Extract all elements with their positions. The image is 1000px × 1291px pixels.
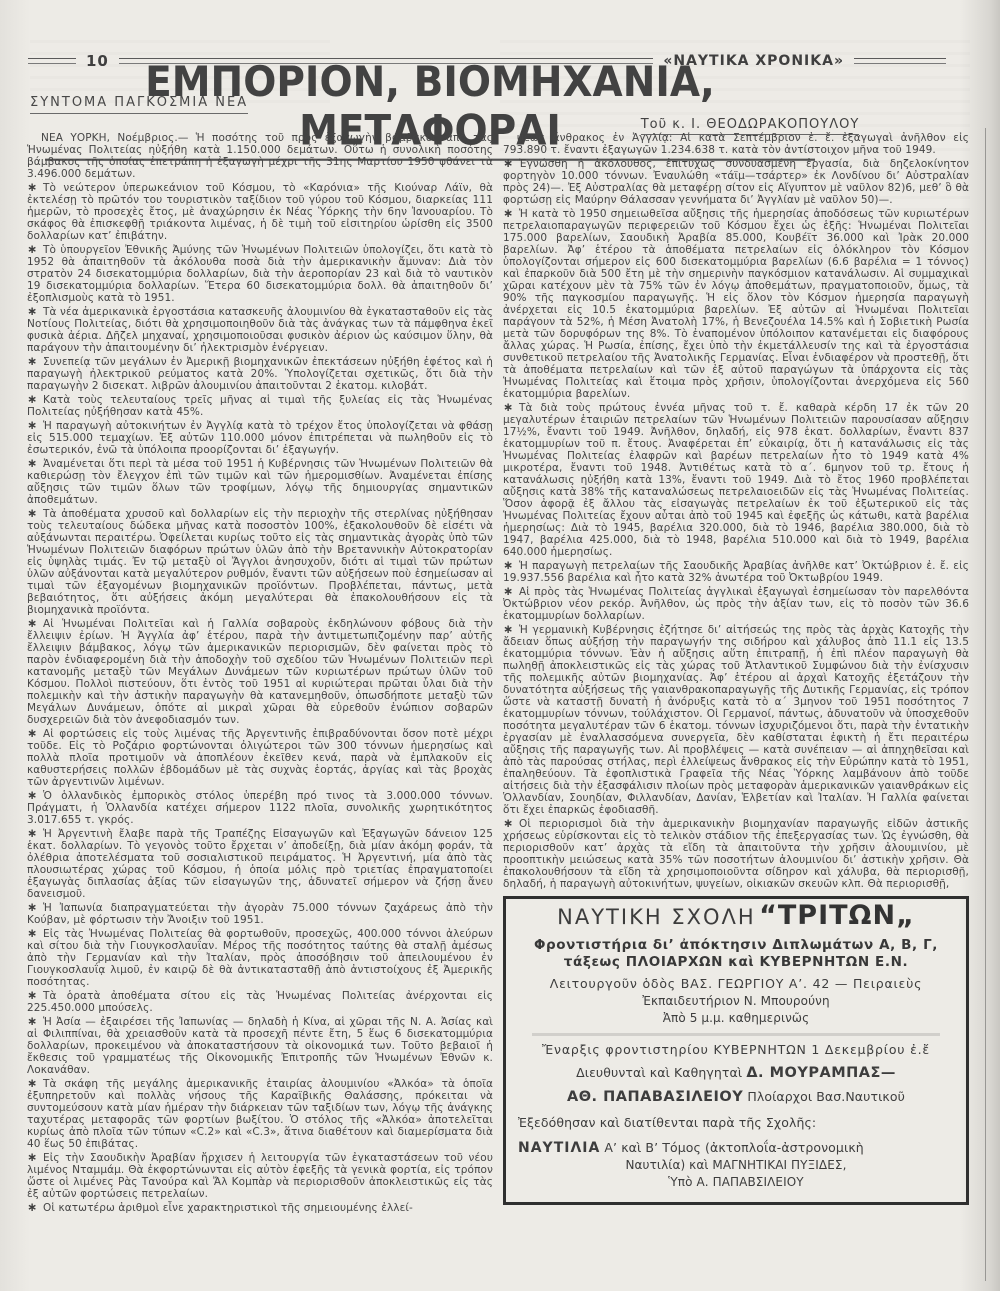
ad-published-note: Ἐξεδόθησαν καὶ διατίθενται παρὰ τῆς Σχολ… <box>518 1115 954 1131</box>
ad-hours: Ἀπὸ 5 μ.μ. καθημερινῶς <box>518 1011 954 1026</box>
ad-book-subtitle: Α’ καὶ Β’ Τόμος (ἀκτοπλοΐα-ἀστρονομικὴ <box>600 1140 863 1155</box>
ad-offer-line-1: Φροντιστήρια δι’ ἀπόκτησιν Διπλωμάτων Α,… <box>518 937 954 954</box>
news-paragraph: ∗Συνεπείᾳ τῶν μεγάλων ἐν Ἀμερικῇ βιομηχα… <box>27 355 493 392</box>
ad-title: ΝΑΥΤΙΚΗ ΣΧΟΛΗ “ΤΡΙΤΩΝ„ <box>518 910 954 927</box>
news-paragraph: ψεως ἄνθρακος ἐν Ἀγγλίᾳ: Αἱ κατὰ Σεπτέμβ… <box>503 132 969 156</box>
asterisk-marker: ∗ <box>503 623 519 635</box>
ad-address: Λειτουργοῦν ὁδὸς ΒΑΣ. ΓΕΩΡΓΙΟΥ Α’. 42 — … <box>518 976 954 992</box>
asterisk-marker: ∗ <box>503 207 519 219</box>
asterisk-marker: ∗ <box>27 181 43 193</box>
asterisk-marker: ∗ <box>27 901 43 913</box>
asterisk-marker: ∗ <box>27 1151 43 1163</box>
asterisk-marker: ∗ <box>27 305 43 317</box>
right-column-text: ψεως ἄνθρακος ἐν Ἀγγλίᾳ: Αἱ κατὰ Σεπτέμβ… <box>503 132 969 890</box>
news-paragraph: ∗Ἡ παραγωγὴ αὐτοκινήτων ἐν Ἀγγλίᾳ κατὰ τ… <box>27 419 493 456</box>
news-paragraph: ∗Τὰ διὰ τοὺς πρώτους ἐννέα μῆνας τοῦ τ. … <box>503 401 969 558</box>
asterisk-marker: ∗ <box>27 617 43 629</box>
asterisk-marker: ∗ <box>503 585 519 597</box>
news-paragraph: ΝΕΑ ΥΟΡΚΗ, Νοέμβριος.— Ἡ ποσότης τοῦ πρὸ… <box>27 132 493 180</box>
asterisk-marker: ∗ <box>503 817 519 829</box>
ad-offer-line-2: τάξεως ΠΛΟΙΑΡΧΩΝ καὶ ΚΥΒΕΡΝΗΤΩΝ Ε.Ν. <box>518 954 954 971</box>
asterisk-marker: ∗ <box>27 827 43 839</box>
news-paragraph: ∗Ἡ παραγωγὴ πετρελαίων τῆς Σαουδικῆς Ἀρα… <box>503 559 969 584</box>
ad-directors-rank: Πλοίαρχοι Βασ.Ναυτικοῦ <box>743 1089 905 1104</box>
news-paragraph: ∗Ἡ Ἀσία — ἐξαιρέσει τῆς Ἰαπωνίας — δηλαδ… <box>27 1015 493 1076</box>
ad-school-name: “ΤΡΙΤΩΝ„ <box>759 900 915 931</box>
asterisk-marker: ∗ <box>503 401 519 413</box>
news-paragraph: ∗Τὰ σκάφη τῆς μεγάλης ἀμερικανικῆς ἑταιρ… <box>27 1077 493 1150</box>
asterisk-marker: ∗ <box>503 559 519 571</box>
right-column: ψεως ἄνθρακος ἐν Ἀγγλίᾳ: Αἱ κατὰ Σεπτέμβ… <box>503 132 969 1205</box>
news-paragraph: ∗Τὸ νεώτερον ὑπερωκεάνιον τοῦ Κόσμου, τὸ… <box>27 181 493 242</box>
news-paragraph: ∗Οἱ κατωτέρω ἀριθμοὶ εἶνε χαρακτηριστικο… <box>27 1201 493 1214</box>
asterisk-marker: ∗ <box>27 727 43 739</box>
ad-institute: Ἐκπαιδευτήριον Ν. Μπουρούνη <box>518 994 954 1009</box>
left-column: ΝΕΑ ΥΟΡΚΗ, Νοέμβριος.— Ἡ ποσότης τοῦ πρὸ… <box>27 132 493 1215</box>
asterisk-marker: ∗ <box>27 789 43 801</box>
news-paragraph: ∗Ἡ Ἀργεντινὴ ἔλαβε παρὰ τῆς Τραπέζης Εἰσ… <box>27 827 493 900</box>
ad-book-line-2: Ναυτιλία) καὶ ΜΑΓΝΗΤΙΚΑΙ ΠΥΞΙΔΕΣ, <box>518 1158 954 1173</box>
asterisk-marker: ∗ <box>27 927 43 939</box>
magazine-page: 10 «ΝΑΥΤΙΚΑ ΧΡΟΝΙΚΑ» ΣΥΝΤΟΜΑ ΠΑΓΚΟΣΜΙΑ Ν… <box>0 0 1000 1291</box>
asterisk-marker: ∗ <box>27 1015 43 1027</box>
news-paragraph: ∗Ἡ γερμανικὴ Κυβέρνησις ἐζήτησε δι’ αἰτή… <box>503 623 969 816</box>
ad-book-line-1: ΝΑΥΤΙΛΙΑ Α’ καὶ Β’ Τόμος (ἀκτοπλοΐα-ἀστρ… <box>518 1140 954 1156</box>
ad-directors-line-1: Διευθυνταὶ καὶ Καθηγηταὶ Δ. ΜΟΥΡΑΜΠΑΣ— <box>518 1064 954 1082</box>
news-paragraph: ∗Εἰς τὰς Ἡνωμένας Πολιτείας θὰ φορτωθοῦν… <box>27 927 493 988</box>
news-paragraph: ∗Τὸ ὑπουργεῖον Ἐθνικῆς Ἀμύνης τῶν Ἡνωμέν… <box>27 243 493 304</box>
asterisk-marker: ∗ <box>27 419 43 431</box>
asterisk-marker: ∗ <box>27 507 43 519</box>
asterisk-marker: ∗ <box>27 1201 43 1213</box>
ad-directors-line-2: ΑΘ. ΠΑΠΑΒΑΣΙΛΕΙΟΥ Πλοίαρχοι Βασ.Ναυτικοῦ <box>518 1088 954 1106</box>
news-paragraph: ∗Ἡ κατὰ τὸ 1950 σημειωθεῖσα αὔξησις τῆς … <box>503 207 969 400</box>
ad-directors-label: Διευθυνταὶ καὶ Καθηγηταὶ <box>576 1065 746 1080</box>
asterisk-marker: ∗ <box>27 989 43 1001</box>
ad-author: Ὑπὸ Α. ΠΑΠΑΒΣΙΛΕΙΟΥ <box>518 1175 954 1190</box>
news-paragraph: ∗Ὁ ὁλλανδικὸς ἐμπορικὸς στόλος ὑπερέβη π… <box>27 789 493 826</box>
ad-school-label: ΝΑΥΤΙΚΗ ΣΧΟΛΗ <box>557 905 756 929</box>
asterisk-marker: ∗ <box>27 457 43 469</box>
page-edge-line <box>985 128 986 1281</box>
ad-start-date: Ἔναρξις φροντιστηρίου ΚΥΒΕΡΝΗΤΩΝ 1 Δεκεμ… <box>518 1042 954 1058</box>
news-paragraph: ∗Αἱ πρὸς τὰς Ἡνωμένας Πολιτείας ἀγγλικαὶ… <box>503 585 969 622</box>
news-paragraph: ∗Κατὰ τοὺς τελευταίους τρεῖς μῆνας αἱ τι… <box>27 393 493 418</box>
advertisement-naval-school: ΝΑΥΤΙΚΗ ΣΧΟΛΗ “ΤΡΙΤΩΝ„ Φροντιστήρια δι’ … <box>503 896 969 1205</box>
ad-director-1: Δ. ΜΟΥΡΑΜΠΑΣ— <box>746 1065 896 1081</box>
news-paragraph: ∗Αἱ φορτώσεις εἰς τοὺς λιμένας τῆς Ἀργεν… <box>27 727 493 788</box>
ad-separator <box>532 1033 940 1036</box>
ad-director-2: ΑΘ. ΠΑΠΑΒΑΣΙΛΕΙΟΥ <box>567 1089 743 1105</box>
decorative-rule <box>854 58 946 64</box>
asterisk-marker: ∗ <box>27 393 43 405</box>
news-paragraph: ∗Τὰ ὁρατὰ ἀποθέματα σίτου εἰς τὰς Ἡνωμέν… <box>27 989 493 1014</box>
asterisk-marker: ∗ <box>27 243 43 255</box>
ad-book-title: ΝΑΥΤΙΛΙΑ <box>518 1140 600 1156</box>
news-paragraph: ∗Τὰ νέα ἀμερικανικὰ ἐργοστάσια κατασκευῆ… <box>27 305 493 354</box>
news-paragraph: ∗Ἡ Ἰαπωνία διαπραγματεύεται τὴν ἀγορὰν 7… <box>27 901 493 926</box>
news-paragraph: ∗Ἀναμένεται ὅτι περὶ τὰ μέσα τοῦ 1951 ἡ … <box>27 457 493 506</box>
asterisk-marker: ∗ <box>503 157 519 169</box>
asterisk-marker: ∗ <box>27 355 43 367</box>
news-paragraph: ∗Τὰ ἀποθέματα χρυσοῦ καὶ δολλαρίων εἰς τ… <box>27 507 493 616</box>
asterisk-marker: ∗ <box>27 1077 43 1089</box>
news-paragraph: ∗Αἱ Ἡνωμέναι Πολιτεῖαι καὶ ἡ Γαλλία σοβα… <box>27 617 493 726</box>
news-paragraph: ∗Οἱ περιορισμοὶ διὰ τὴν ἀμερικανικὴν βιο… <box>503 817 969 890</box>
news-paragraph: ∗Εἰς τὴν Σαουδικὴν Ἀραβίαν ἤρχισεν ἡ λει… <box>27 1151 493 1200</box>
news-paragraph: ∗Ἐγνώσθη ἡ ἀκόλουθος, ἐπιτυχῶς συνδυασμέ… <box>503 157 969 206</box>
